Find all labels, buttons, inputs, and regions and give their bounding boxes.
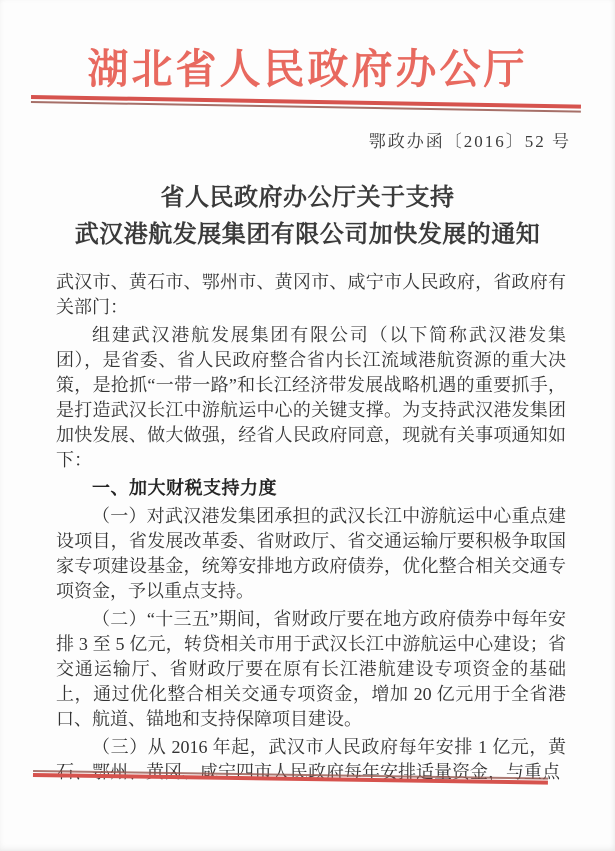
scanned-document-page: 湖北省人民政府办公厅 鄂政办函〔2016〕52 号 省人民政府办公厅关于支持 武… xyxy=(0,0,615,851)
letterhead-org-name: 湖北省人民政府办公厅 xyxy=(0,36,615,95)
document-title: 省人民政府办公厅关于支持 武汉港航发展集团有限公司加快发展的通知 xyxy=(0,180,615,254)
body-paragraph: （一）对武汉港发集团承担的武汉长江中游航运中心重点建设项目，省发展改革委、省财政… xyxy=(56,504,566,604)
body-paragraph: 武汉市、黄石市、鄂州市、黄冈市、咸宁市人民政府，省政府有关部门： xyxy=(56,270,566,320)
body-paragraph: 一、加大财税支持力度 xyxy=(56,476,566,501)
body-paragraph: （二）“十三五”期间，省财政厅要在地方政府债券中每年安排 3 至 5 亿元，转贷… xyxy=(56,607,566,732)
document-reference-number: 鄂政办函〔2016〕52 号 xyxy=(369,127,571,152)
letterhead-red-separator xyxy=(31,95,581,113)
document-title-line1: 省人民政府办公厅关于支持 xyxy=(0,180,615,217)
document-title-line2: 武汉港航发展集团有限公司加快发展的通知 xyxy=(0,217,615,254)
body-paragraph: 组建武汉港航发展集团有限公司（以下简称武汉港发集团），是省委、省人民政府整合省内… xyxy=(56,323,566,473)
document-body: 武汉市、黄石市、鄂州市、黄冈市、咸宁市人民政府，省政府有关部门：组建武汉港航发展… xyxy=(56,270,566,788)
